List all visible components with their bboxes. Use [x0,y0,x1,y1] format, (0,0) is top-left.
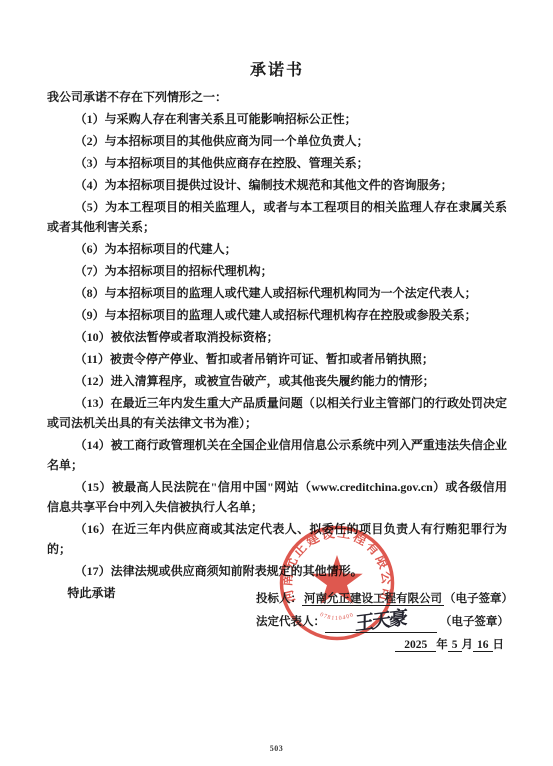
bidder-company-name: 河南允正建设工程有限公司 [302,593,444,606]
date-year: 2025 [395,639,436,652]
clause-item: （12）进入清算程序，或被宣告破产，或其他丧失履约能力的情形； [47,371,507,391]
date-day: 16 [473,639,493,652]
clause-item: （1）与采购人存在利害关系且可能影响招标公正性； [47,109,507,129]
page-title: 承诺书 [47,57,507,80]
legal-rep-signature: 王天豪 [355,608,406,637]
legal-rep-signature-line: 王天豪 [325,614,437,633]
clause-item: （13）在最近三年内发生重大产品质量问题（以相关行业主管部门的行政处罚决定或司法… [47,393,507,433]
clause-item: （8）与本招标项目的监理人或代建人或招标代理机构同为一个法定代表人； [47,283,507,303]
date-day-unit: 日 [493,639,505,651]
clause-item: （10）被依法暂停或者取消投标资格； [47,327,507,347]
clause-item: （7）为本招标项目的招标代理机构； [47,261,507,281]
signature-block: 投标人：河南允正建设工程有限公司（电子签章） 法定代表人：王天豪 （电子签章） … [256,588,508,657]
legal-rep-row: 法定代表人：王天豪 （电子签章） [256,611,508,634]
date-month: 5 [448,639,462,652]
clause-item: （5）为本工程项目的相关监理人，或者与本工程项目的相关监理人存在隶属关系或者其他… [47,197,507,237]
date-row: 2025年5月16日 [256,634,508,657]
clause-item: （14）被工商行政管理机关在全国企业信用信息公示系统中列入严重违法失信企业名单； [47,435,507,475]
clause-item: （11）被责令停产停业、暂扣或者吊销许可证、暂扣或者吊销执照； [47,349,507,369]
document-body: 承诺书 我公司承诺不存在下列情形之一： （1）与采购人存在利害关系且可能影响招标… [0,0,553,603]
bidder-label: 投标人： [256,593,302,605]
commitment-letter-page: 承诺书 我公司承诺不存在下列情形之一： （1）与采购人存在利害关系且可能影响招标… [0,0,553,766]
clause-list: （1）与采购人存在利害关系且可能影响招标公正性；（2）与本招标项目的其他供应商为… [47,109,507,581]
intro-line: 我公司承诺不存在下列情形之一： [47,87,507,107]
legal-rep-eseal-note: （电子签章） [440,616,509,628]
date-year-unit: 年 [436,639,448,651]
legal-rep-label: 法定代表人： [256,616,325,628]
page-number: 503 [0,744,553,753]
clause-item: （15）被最高人民法院在"信用中国"网站（www.creditchina.gov… [47,477,507,517]
clause-item: （4）为本招标项目提供过设计、编制技术规范和其他文件的咨询服务； [47,175,507,195]
clause-item: （3）与本招标项目的其他供应商存在控股、管理关系； [47,153,507,173]
date-month-unit: 月 [462,639,474,651]
clause-item: （2）与本招标项目的其他供应商为同一个单位负责人； [47,131,507,151]
bidder-row: 投标人：河南允正建设工程有限公司（电子签章） [256,588,508,611]
clause-item: （9）与本招标项目的监理人或代建人或招标代理机构存在控股或参股关系； [47,305,507,325]
clause-item: （6）为本招标项目的代建人； [47,239,507,259]
bidder-eseal-note: （电子签章） [444,593,513,605]
